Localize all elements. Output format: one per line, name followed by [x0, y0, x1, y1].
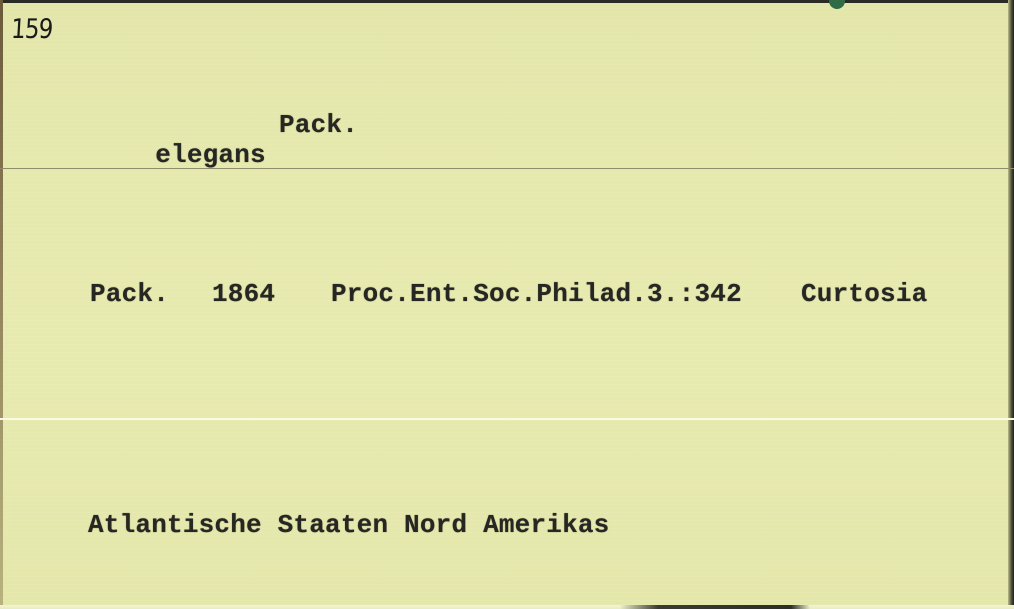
green-marker-dot [829, 0, 845, 9]
reference-year: 1864 [212, 279, 275, 309]
reference-row: Pack. 1864 Proc.Ent.Soc.Philad.3.:342 Cu… [90, 279, 153, 459]
reference-genus: Curtosia [801, 279, 927, 309]
species-name: elegans [155, 140, 266, 170]
index-card: 159 elegans Pack. Pack. 1864 Proc.Ent.So… [0, 0, 1014, 609]
distribution-text: Atlantische Staaten Nord Amerikas [88, 510, 609, 540]
card-top-edge [0, 0, 1014, 3]
taxon-name-row: elegans Pack. [92, 110, 266, 230]
species-author: Pack. [279, 110, 358, 140]
reference-citation: Proc.Ent.Soc.Philad.3.:342 [331, 279, 742, 309]
card-right-edge [1008, 0, 1014, 609]
card-bottom-edge [0, 605, 1014, 609]
reference-author: Pack. [90, 279, 169, 309]
card-left-edge [0, 0, 3, 609]
card-number: 159 [10, 14, 53, 45]
card-bottom-shadow [620, 605, 810, 609]
